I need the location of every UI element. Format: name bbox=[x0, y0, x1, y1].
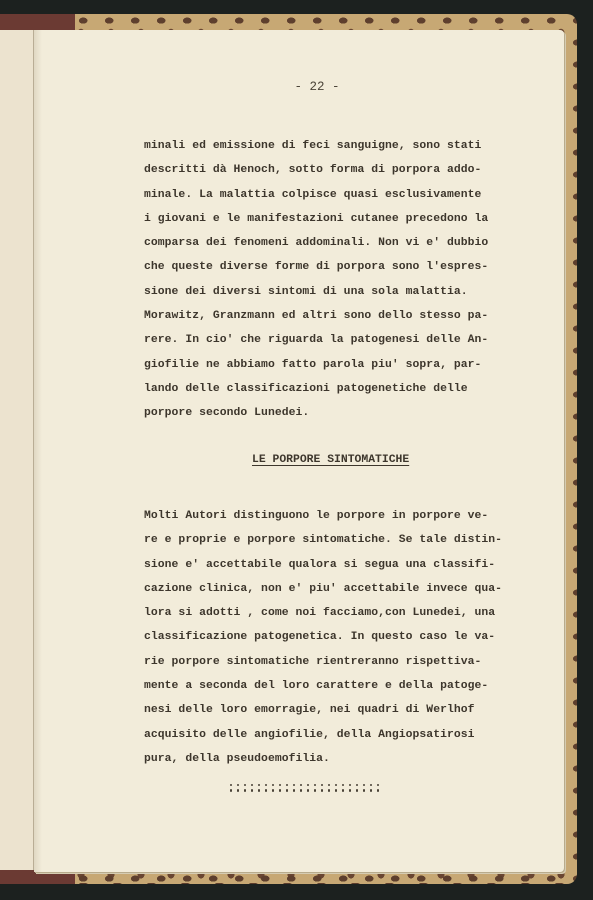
separator-dot bbox=[279, 789, 281, 791]
separator-dot bbox=[265, 789, 267, 791]
text-line: cazione clinica, non e' piu' accettabile… bbox=[144, 577, 544, 601]
separator-dot bbox=[293, 784, 295, 786]
separator-dot bbox=[251, 784, 253, 786]
separator-dot bbox=[370, 789, 372, 791]
separator-dot bbox=[258, 789, 260, 791]
separator-dot bbox=[342, 784, 344, 786]
separator-dot bbox=[293, 789, 295, 791]
text-line: i giovani e le manifestazioni cutanee pr… bbox=[144, 207, 544, 231]
text-line: mente a seconda del loro carattere e del… bbox=[144, 674, 544, 698]
separator-dot bbox=[321, 784, 323, 786]
separator-dot bbox=[286, 789, 288, 791]
separator-dot bbox=[265, 784, 267, 786]
separator-dot bbox=[230, 784, 232, 786]
separator-dot bbox=[342, 789, 344, 791]
separator-dot bbox=[230, 789, 232, 791]
text-line: rere. In cio' che riguarda la patogenesi… bbox=[144, 328, 544, 352]
text-line: minale. La malattia colpisce quasi esclu… bbox=[144, 183, 544, 207]
separator-dot bbox=[272, 789, 274, 791]
separator-dot bbox=[251, 789, 253, 791]
separator-dot bbox=[370, 784, 372, 786]
separator-dot bbox=[244, 789, 246, 791]
text-line: acquisito delle angiofilie, della Angiop… bbox=[144, 723, 544, 747]
separator-dot bbox=[335, 789, 337, 791]
text-line: Morawitz, Granzmann ed altri sono dello … bbox=[144, 304, 544, 328]
text-line: lando delle classificazioni patogenetich… bbox=[144, 377, 544, 401]
text-line: rie porpore sintomatiche rientreranno ri… bbox=[144, 650, 544, 674]
dotted-separator bbox=[230, 784, 390, 792]
separator-dot bbox=[377, 789, 379, 791]
text-line: classificazione patogenetica. In questo … bbox=[144, 625, 544, 649]
text-line: sione e' accettabile qualora si segua un… bbox=[144, 553, 544, 577]
text-line: porpore secondo Lunedei. bbox=[144, 401, 544, 425]
text-line: nesi delle loro emorragie, nei quadri di… bbox=[144, 698, 544, 722]
separator-dot bbox=[237, 784, 239, 786]
page-number: - 22 - bbox=[34, 80, 564, 94]
separator-dot bbox=[356, 789, 358, 791]
text-line: che queste diverse forme di porpora sono… bbox=[144, 255, 544, 279]
text-line: lora si adotti , come noi facciamo,con L… bbox=[144, 601, 544, 625]
typewritten-page: - 22 - minali ed emissione di feci sangu… bbox=[34, 30, 564, 872]
separator-dot bbox=[377, 784, 379, 786]
separator-dot bbox=[349, 784, 351, 786]
separator-dot bbox=[279, 784, 281, 786]
separator-dot bbox=[321, 789, 323, 791]
left-page-edge bbox=[0, 30, 34, 870]
separator-dot bbox=[328, 789, 330, 791]
text-line: descritti dà Henoch, sotto forma di porp… bbox=[144, 158, 544, 182]
separator-dot bbox=[314, 784, 316, 786]
separator-dot bbox=[349, 789, 351, 791]
separator-dot bbox=[258, 784, 260, 786]
separator-dot bbox=[244, 784, 246, 786]
separator-dot bbox=[314, 789, 316, 791]
separator-dot bbox=[300, 784, 302, 786]
separator-dot bbox=[363, 789, 365, 791]
text-line: re e proprie e porpore sintomatiche. Se … bbox=[144, 528, 544, 552]
text-line: pura, della pseudoemofilia. bbox=[144, 747, 544, 771]
separator-dot bbox=[272, 784, 274, 786]
separator-dot bbox=[356, 784, 358, 786]
separator-dot bbox=[335, 784, 337, 786]
separator-dot bbox=[286, 784, 288, 786]
text-line: minali ed emissione di feci sanguigne, s… bbox=[144, 134, 544, 158]
separator-dot bbox=[307, 789, 309, 791]
separator-dot bbox=[363, 784, 365, 786]
paragraph-2: Molti Autori distinguono le porpore in p… bbox=[144, 504, 544, 771]
separator-dot bbox=[307, 784, 309, 786]
text-line: comparsa dei fenomeni addominali. Non vi… bbox=[144, 231, 544, 255]
separator-dot bbox=[237, 789, 239, 791]
section-heading: LE PORPORE SINTOMATICHE bbox=[252, 454, 409, 466]
text-line: Molti Autori distinguono le porpore in p… bbox=[144, 504, 544, 528]
text-line: sione dei diversi sintomi di una sola ma… bbox=[144, 280, 544, 304]
separator-dot bbox=[300, 789, 302, 791]
paragraph-1: minali ed emissione di feci sanguigne, s… bbox=[144, 134, 544, 426]
text-line: giofilie ne abbiamo fatto parola piu' so… bbox=[144, 353, 544, 377]
separator-dot bbox=[328, 784, 330, 786]
